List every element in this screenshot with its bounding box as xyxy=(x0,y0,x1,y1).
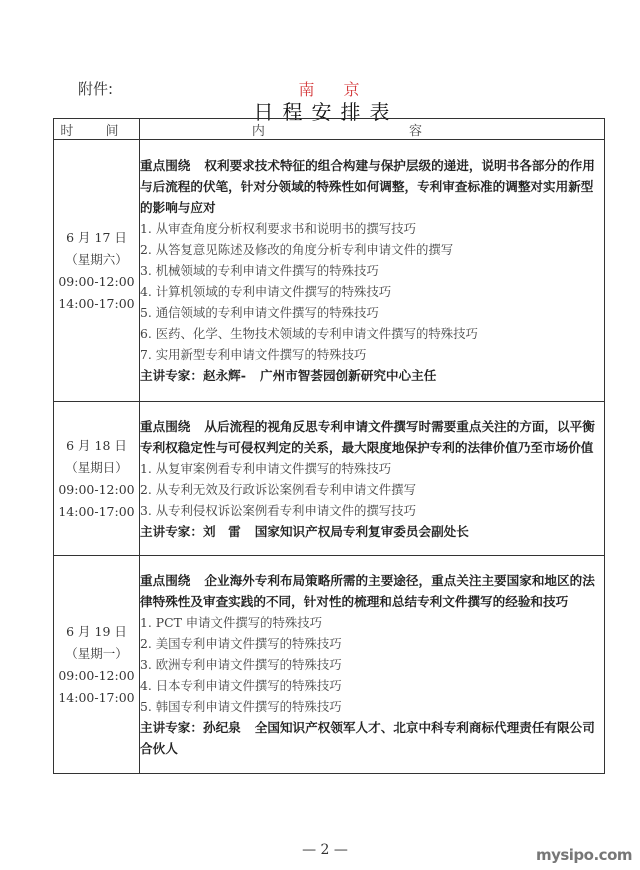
focus-paragraph: 重点围绕企业海外专利布局策略所需的主要途径，重点关注主要国家和地区的法律特殊性及… xyxy=(140,570,604,612)
list-item: 4. 日本专利申请文件撰写的特殊技巧 xyxy=(140,675,604,696)
column-header-time: 时 间 xyxy=(54,119,140,140)
list-item: 6. 医药、化学、生物技术领域的专利申请文件撰写的特殊技巧 xyxy=(140,323,604,344)
content-cell: 重点围绕权利要求技术特征的组合构建与保护层级的递进，说明书各部分的作用与后流程的… xyxy=(140,140,605,402)
content-cell: 重点围绕从后流程的视角反思专利申请文件撰写时需要重点关注的方面，以平衡专利权稳定… xyxy=(140,402,605,556)
table-row: 6 月 19 日 （星期一） 09:00-12:00 14:00-17:00 重… xyxy=(54,556,605,774)
list-item: 5. 韩国专利申请文件撰写的特殊技巧 xyxy=(140,696,604,717)
list-item: 2. 从答复意见陈述及修改的角度分析专利申请文件的撰写 xyxy=(140,239,604,260)
column-header-content: 内 容 xyxy=(140,119,605,140)
focus-text: 从后流程的视角反思专利申请文件撰写时需要重点关注的方面，以平衡专利权稳定性与可侵… xyxy=(140,419,595,455)
date: 6 月 18 日 xyxy=(54,435,139,457)
speaker-name: 赵永辉- xyxy=(203,368,246,383)
speaker-line: 主讲专家：孙纪泉全国知识产权领军人才、北京中科专利商标代理责任有限公司合伙人 xyxy=(140,717,604,759)
focus-label: 重点围绕 xyxy=(140,158,190,173)
list-item: 1. 从审查角度分析权利要求书和说明书的撰写技巧 xyxy=(140,218,604,239)
list-item: 1. PCT 申请文件撰写的特殊技巧 xyxy=(140,612,604,633)
list-item: 2. 从专利无效及行政诉讼案例看专利申请文件撰写 xyxy=(140,479,604,500)
table-header-row: 时 间 内 容 xyxy=(54,119,605,140)
list-item: 1. 从复审案例看专利申请文件撰写的特殊技巧 xyxy=(140,458,604,479)
speaker-line: 主讲专家：刘 雷国家知识产权局专利复审委员会副处长 xyxy=(140,521,604,542)
speaker-name: 孙纪泉 xyxy=(203,720,241,735)
table-row: 6 月 18 日 （星期日） 09:00-12:00 14:00-17:00 重… xyxy=(54,402,605,556)
schedule-table: 时 间 内 容 6 月 17 日 （星期六） 09:00-12:00 14:00… xyxy=(53,118,605,774)
list-item: 3. 机械领域的专利申请文件撰写的特殊技巧 xyxy=(140,260,604,281)
list-item: 4. 计算机领域的专利申请文件撰写的特殊技巧 xyxy=(140,281,604,302)
speaker-title: 广州市智荟园创新研究中心主任 xyxy=(260,368,436,383)
speaker-label: 主讲专家： xyxy=(140,720,203,735)
morning-session: 09:00-12:00 xyxy=(54,479,139,501)
speaker-label: 主讲专家： xyxy=(140,524,203,539)
focus-text: 企业海外专利布局策略所需的主要途径，重点关注主要国家和地区的法律特殊性及审查实践… xyxy=(140,573,595,609)
weekday: （星期一） xyxy=(54,643,139,665)
list-item: 2. 美国专利申请文件撰写的特殊技巧 xyxy=(140,633,604,654)
date: 6 月 17 日 xyxy=(54,227,139,249)
list-item: 3. 从专利侵权诉讼案例看专利申请文件的撰写技巧 xyxy=(140,500,604,521)
speaker-line: 主讲专家：赵永辉-广州市智荟园创新研究中心主任 xyxy=(140,365,604,386)
focus-label: 重点围绕 xyxy=(140,419,190,434)
watermark: mysipo.com xyxy=(536,846,632,864)
list-item: 5. 通信领域的专利申请文件撰写的特殊技巧 xyxy=(140,302,604,323)
weekday: （星期日） xyxy=(54,457,139,479)
list-item: 3. 欧洲专利申请文件撰写的特殊技巧 xyxy=(140,654,604,675)
time-cell: 6 月 18 日 （星期日） 09:00-12:00 14:00-17:00 xyxy=(54,402,140,556)
time-cell: 6 月 17 日 （星期六） 09:00-12:00 14:00-17:00 xyxy=(54,140,140,402)
date: 6 月 19 日 xyxy=(54,621,139,643)
speaker-name: 刘 雷 xyxy=(203,524,241,539)
weekday: （星期六） xyxy=(54,249,139,271)
list-item: 7. 实用新型专利申请文件撰写的特殊技巧 xyxy=(140,344,604,365)
time-cell: 6 月 19 日 （星期一） 09:00-12:00 14:00-17:00 xyxy=(54,556,140,774)
content-cell: 重点围绕企业海外专利布局策略所需的主要途径，重点关注主要国家和地区的法律特殊性及… xyxy=(140,556,605,774)
afternoon-session: 14:00-17:00 xyxy=(54,501,139,523)
morning-session: 09:00-12:00 xyxy=(54,665,139,687)
table-row: 6 月 17 日 （星期六） 09:00-12:00 14:00-17:00 重… xyxy=(54,140,605,402)
focus-paragraph: 重点围绕从后流程的视角反思专利申请文件撰写时需要重点关注的方面，以平衡专利权稳定… xyxy=(140,416,604,458)
morning-session: 09:00-12:00 xyxy=(54,271,139,293)
speaker-label: 主讲专家： xyxy=(140,368,203,383)
speaker-title: 国家知识产权局专利复审委员会副处长 xyxy=(255,524,469,539)
focus-label: 重点围绕 xyxy=(140,573,190,588)
focus-paragraph: 重点围绕权利要求技术特征的组合构建与保护层级的递进，说明书各部分的作用与后流程的… xyxy=(140,155,604,218)
afternoon-session: 14:00-17:00 xyxy=(54,687,139,709)
afternoon-session: 14:00-17:00 xyxy=(54,293,139,315)
focus-text: 权利要求技术特征的组合构建与保护层级的递进，说明书各部分的作用与后流程的伏笔，针… xyxy=(140,158,595,215)
